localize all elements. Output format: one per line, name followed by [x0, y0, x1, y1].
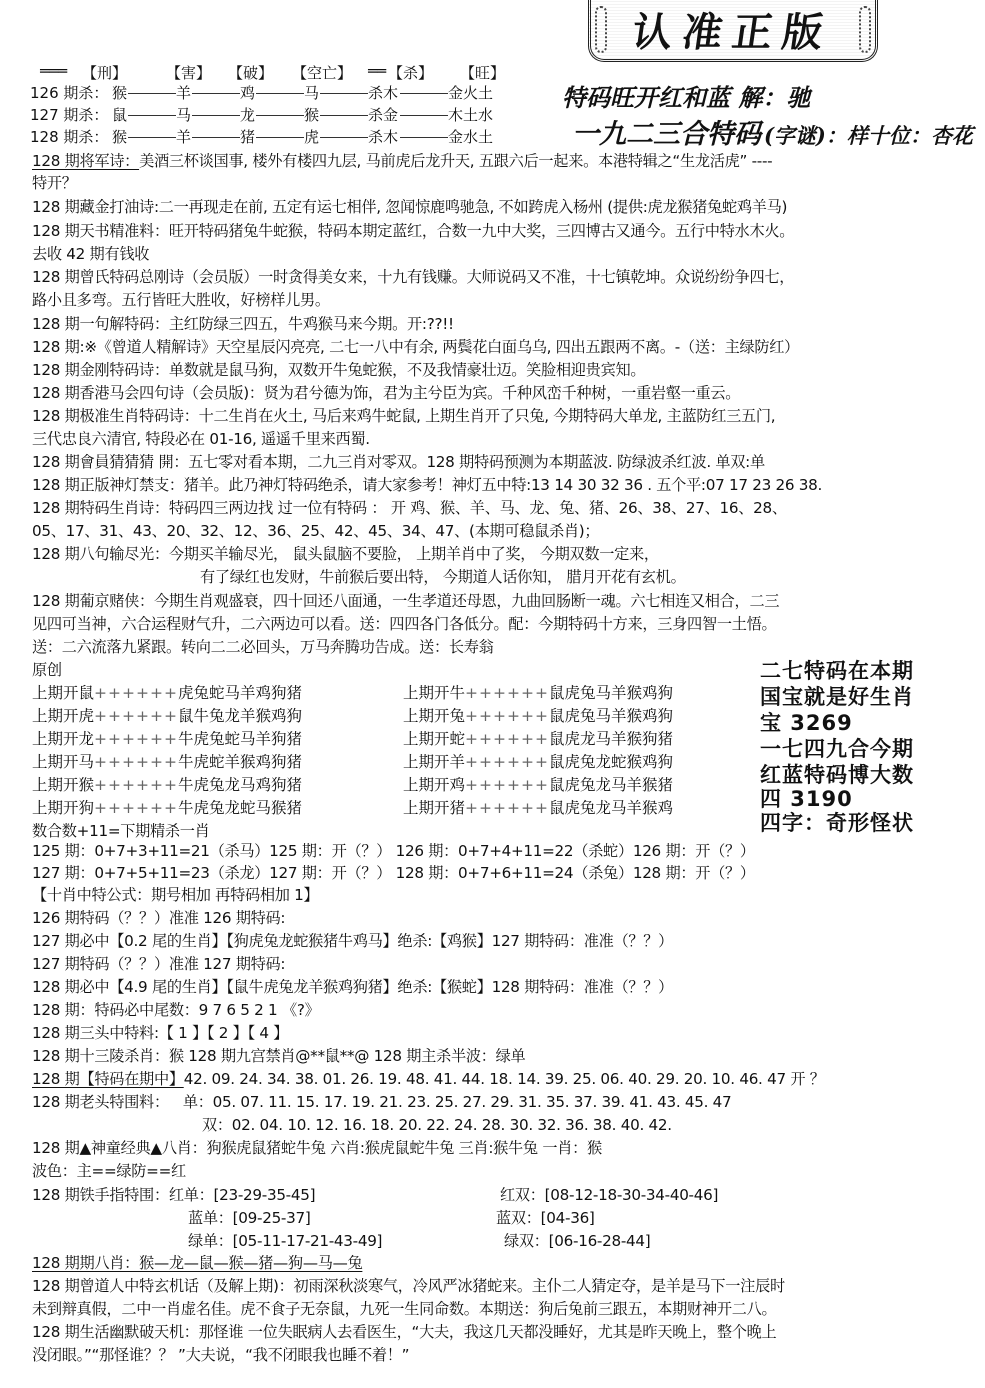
text-line: 见四可当神，六合运程财气升，二六两边可以看。送：四四各门各低分。配：今期特码十方…	[32, 613, 776, 635]
header-kongwang: 【空亡】	[292, 62, 352, 83]
cell: 杀金	[368, 104, 398, 126]
cell: 羊	[176, 126, 191, 148]
text-line: 128 期一句解特码：主红防绿三四五，牛鸡猴马来今期。开:??!!	[32, 313, 454, 335]
handwritten-hint-line-1: 特码旺开红和蓝 解：驰	[562, 78, 810, 113]
text-line: 数合数+11=下期精杀一肖	[32, 820, 210, 842]
zodiac-row-left: 上期开虎++++++鼠牛兔龙羊猴鸡狗	[32, 705, 302, 727]
connector	[400, 93, 448, 94]
connector	[192, 137, 240, 138]
connector	[400, 115, 448, 116]
zodiac-row-right: 上期开兔++++++鼠虎兔马羊猴鸡狗	[403, 705, 673, 727]
row-label: 126 期杀：	[30, 82, 108, 104]
text-line: 送：二六流落九紧跟。转向二二必回头，万马奔腾功告成。送：长寿翁	[32, 636, 494, 658]
header-hai: 【害】	[166, 62, 211, 83]
text-line: 128 期八句输尽光：今期买羊输尽光， 鼠头鼠脑不要脸， 上期羊肖中了奖， 今期…	[32, 543, 659, 565]
stamp-title: 认准正版	[629, 1, 837, 58]
header-xing: 【刑】	[82, 62, 127, 83]
in-period-prefix: 128 期【特码在期中】	[32, 1070, 184, 1088]
text-line-general-poem: 128 期将军诗：美酒三杯谈国事, 楼外有楼四九层, 马前虎后龙升天, 五跟六后…	[32, 150, 772, 172]
zodiac-row-left: 上期开猴++++++牛虎兔龙马鸡狗猪	[32, 774, 302, 796]
text-line: 128 期必中【4.9 尾的生肖】【鼠牛虎兔龙羊猴鸡狗猪】绝杀:【猴蛇】128 …	[32, 976, 673, 998]
connector	[256, 115, 304, 116]
cell: 金火土	[448, 82, 493, 104]
tieshou-row: 绿单：[05-11-17-21-43-49]	[188, 1230, 382, 1252]
text-line: 05、17、31、43、20、32、12、36、25、42、45、34、47、(…	[32, 520, 599, 542]
text-line: 特开？	[32, 172, 77, 194]
zodiac-row-left: 上期开龙++++++牛虎兔蛇马羊狗猪	[32, 728, 302, 750]
connector	[192, 115, 240, 116]
text-line: 128 期曾氏特码总刚诗（会员版）一时贪得美女来，十九有钱赚。大师说码又不准，十…	[32, 266, 794, 288]
laotou-double-line: 双：02. 04. 10. 12. 16. 18. 20. 22. 24. 28…	[202, 1114, 672, 1136]
text-line: 128 期极准生肖特码诗：十二生肖在火土, 马后来鸡牛蛇鼠, 上期生肖开了只兔,…	[32, 405, 775, 427]
text-line: 128 期三头中特料:【 1 】【 2 】【 4 】	[32, 1022, 288, 1044]
connector	[320, 115, 368, 116]
text-line: 126 期特码（？？）准准 126 期特码:	[32, 907, 285, 929]
zodiac-row-left: 上期开马++++++牛虎蛇羊猴鸡狗猪	[32, 751, 302, 773]
cell: 猴	[112, 82, 127, 104]
connector	[192, 93, 240, 94]
connector	[320, 137, 368, 138]
text-line: 128 期十三陵杀肖：猴 128 期九宫禁肖@**鼠**@ 128 期主杀半波：…	[32, 1045, 525, 1067]
connector	[128, 93, 176, 94]
text-line: 128 期▲神童经典▲八肖：狗猴虎鼠猪蛇牛兔 六肖:猴虎鼠蛇牛兔 三肖:猴牛兔 …	[32, 1137, 602, 1159]
in-period-line: 128 期【特码在期中】42. 09. 24. 34. 38. 01. 26. …	[32, 1068, 825, 1090]
zodiac-row-right: 上期开猪++++++鼠虎兔龙马羊猴鸡	[403, 797, 673, 819]
text-line: 128 期曾道人中特玄机话（及解上期)：初雨深秋淡寒气，冷风严冰猪蛇来。主仆二人…	[32, 1275, 785, 1297]
cell: 马	[176, 104, 191, 126]
zodiac-row-left: 上期开鼠++++++虎兔蛇马羊鸡狗猪	[32, 682, 302, 704]
tieshou-row-right: 绿双：[06-16-28-44]	[504, 1230, 650, 1252]
cell: 鼠	[112, 104, 127, 126]
handwritten-hint-line-2b: (字谜)：样十位：杏花	[764, 120, 973, 150]
text-line: 128 期香港马会四句诗（会员版)：贤为君兮德为饰，君为主兮臣为宾。千种风峦千种…	[32, 382, 740, 404]
cell: 马	[304, 82, 319, 104]
text-line: 128 期:※《曾道人精解诗》天空星辰闪亮亮, 二七一八中有余, 两鬓花白面乌乌…	[32, 336, 799, 358]
authentic-stamp-banner: 认准正版	[588, 0, 878, 62]
side-hint-line: 红蓝特码博大数	[760, 762, 914, 788]
zodiac-row-right: 上期开蛇++++++鼠虎龙马羊猴狗猪	[403, 728, 673, 750]
zodiac-row-right: 上期开羊++++++鼠虎兔龙蛇猴鸡狗	[403, 751, 673, 773]
tieshou-row-right: 蓝双：[04-36]	[496, 1207, 595, 1229]
cell: 木土水	[448, 104, 493, 126]
row-label: 128 期杀：	[30, 126, 108, 148]
header-wang: 【旺】	[460, 62, 505, 83]
side-hint-line: 四 3190	[760, 786, 853, 812]
text-line: 128 期會員猜猜猜 開：五七零对看本期，二九三肖对零双。128 期特码预测为本…	[32, 451, 765, 473]
side-hint-line: 国宝就是好生肖	[760, 684, 914, 710]
text-line: 128 期藏金打油诗:二一再现走在前, 五定有运七相伴, 忽闻惊鹿鸣驰急, 不如…	[32, 196, 787, 218]
connector	[256, 93, 304, 94]
text-line: 128 期正版神灯禁支：猪羊。此乃神灯特码绝杀，请大家参考！神灯五中特:13 1…	[32, 474, 822, 496]
cell: 猴	[304, 104, 319, 126]
side-hint-line: 宝 3269	[760, 710, 853, 736]
connector	[128, 137, 176, 138]
zodiac-row-right: 上期开鸡++++++鼠虎兔龙马羊猴猪	[403, 774, 673, 796]
text-line: 128 期天书精准料：旺开特码猪兔牛蛇猴，特码本期定蓝红，合数一九中大奖，三四博…	[32, 220, 794, 242]
handwritten-hint-line-2: 一九二三合特码	[572, 112, 761, 151]
text-line: 有了绿红也发财，牛前猴后要出特， 今期道人话你知， 腊月开花有玄机。	[200, 566, 685, 588]
header-sha: 【杀】	[388, 62, 433, 83]
cell: 鸡	[240, 82, 255, 104]
header-rule-mid: ══	[368, 62, 386, 80]
cell: 龙	[240, 104, 255, 126]
text-line: 125 期：0+7+3+11=21（杀马）125 期：开（？） 126 期：0+…	[32, 840, 755, 862]
cell: 羊	[176, 82, 191, 104]
text-line: 原创	[32, 659, 62, 681]
side-hint-line: 一七四九合今期	[760, 736, 914, 762]
text-line: 128 期金刚特码诗：单数就是鼠马狗，双数开牛兔蛇猴，不及我情豪壮迈。笑脸相迎贵…	[32, 359, 645, 381]
baxiao-line: 128 期期八肖：猴—龙—鼠—猴—猪—狗—马—兔	[32, 1252, 362, 1274]
text-line: 没闭眼。”“那怪谁？？ ”大夫说，“我不闭眼我也睡不着！”	[32, 1344, 409, 1366]
text-line: 路小且多弯。五行皆旺大胜收，好榜样儿男。	[32, 289, 330, 311]
side-hint-line: 四字：奇形怪状	[760, 810, 914, 836]
text-line: 128 期葡京赌侠：今期生肖观盛衰，四十回还八面通，一生孝道还母恩，九曲回肠断一…	[32, 590, 779, 612]
tieshou-row-right: 红双：[08-12-18-30-34-40-46]	[500, 1184, 718, 1206]
cell: 杀木	[368, 126, 398, 148]
header-po: 【破】	[228, 62, 273, 83]
row-label: 127 期杀：	[30, 104, 108, 126]
cell: 杀木	[368, 82, 398, 104]
text-line: 128 期特码生肖诗：特码四三两边找 过一位有特码 ： 开 鸡、猴、羊、马、龙、…	[32, 497, 787, 519]
connector	[400, 137, 448, 138]
side-hint-line: 二七特码在本期	[760, 658, 914, 684]
text-line: 波色：主==绿防==红	[32, 1160, 186, 1182]
cell: 猴	[112, 126, 127, 148]
connector	[256, 137, 304, 138]
text-line: 127 期：0+7+5+11=23（杀龙）127 期：开（？） 128 期：0+…	[32, 862, 755, 884]
text-line: 去收 42 期有钱收	[32, 243, 149, 265]
tieshou-row: 蓝单：[09-25-37]	[188, 1207, 310, 1229]
text-line: 【十肖中特公式：期号相加 再特码相加 1】	[32, 884, 318, 906]
header-rule: ═══	[40, 62, 67, 80]
connector	[320, 93, 368, 94]
zodiac-row-left: 上期开狗++++++牛虎兔龙蛇马猴猪	[32, 797, 302, 819]
tieshou-row: 128 期铁手指特围：红单：[23-29-35-45]	[32, 1184, 315, 1206]
line-prefix: 128 期将军诗：	[32, 152, 139, 170]
text-line: 127 期必中【0.2 尾的生肖】【狗虎兔龙蛇猴猪牛鸡马】绝杀:【鸡猴】127 …	[32, 930, 673, 952]
zodiac-row-right: 上期开牛++++++鼠虎兔马羊猴鸡狗	[403, 682, 673, 704]
text-line: 未到辩真假，二中一肖虚名佳。虎不食子无奈鼠，九死一生同命数。本期送：狗后兔前三跟…	[32, 1298, 776, 1320]
cell: 猪	[240, 126, 255, 148]
text-line: 128 期生活幽默破天机：那怪谁 一位失眠病人去看医生，“大夫，我这几天都没睡好…	[32, 1321, 776, 1343]
cell: 虎	[304, 126, 319, 148]
laotou-single-line: 128 期老头特围料：单：05. 07. 11. 15. 17. 19. 21.…	[32, 1091, 731, 1113]
text-line: 三代忠良六清官, 特段必在 01-16, 遥遥千里来西蜀.	[32, 428, 370, 450]
cell: 金水土	[448, 126, 493, 148]
text-line: 128 期：特码必中尾数：9 7 6 5 2 1 《?》	[32, 999, 319, 1021]
in-period-numbers: 42. 09. 24. 34. 38. 01. 26. 19. 48. 41. …	[184, 1070, 825, 1088]
connector	[128, 115, 176, 116]
text-line: 127 期特码（？？）准准 127 期特码:	[32, 953, 285, 975]
